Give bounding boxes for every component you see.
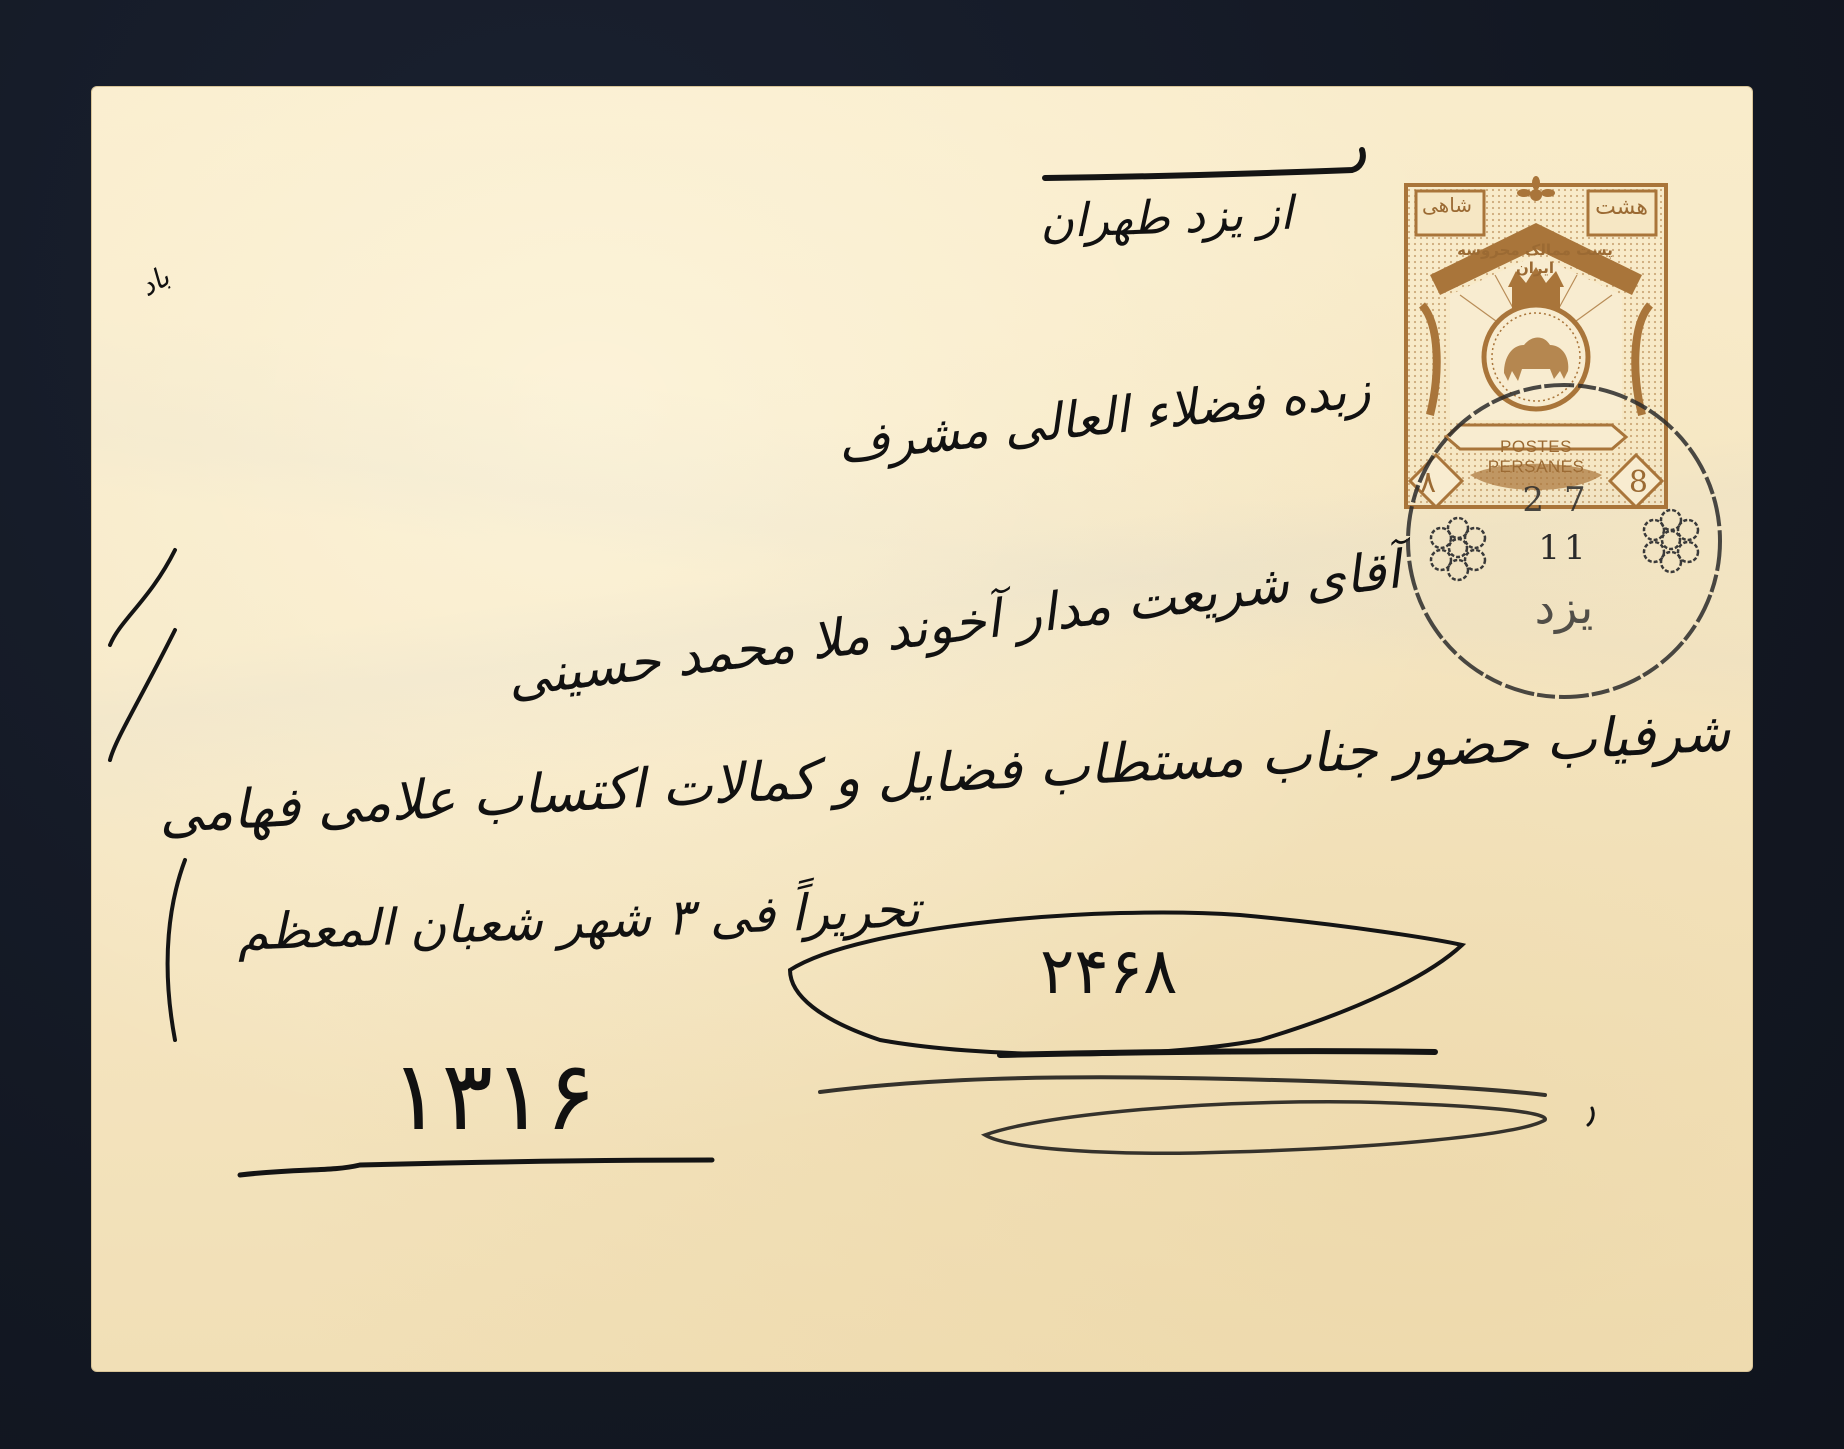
oval-number: ۲۴۶۸ [1040,935,1178,1009]
stamp-value-label: هشت [1595,195,1648,220]
stamp-banner: پست ممالک محروسه ایران [1440,241,1630,277]
year-text: ۱۳۱۶ [390,1040,596,1152]
postmark-day: 27 [1403,480,1725,520]
postmark-town: یزد [1403,580,1725,634]
postmark: 27 11 یزد [1403,380,1725,702]
stamp-currency-label: شاهی [1422,193,1472,217]
postmark-month: 11 [1403,528,1725,568]
route-line-yazd-tehran: از یزد طهران [1039,186,1293,249]
